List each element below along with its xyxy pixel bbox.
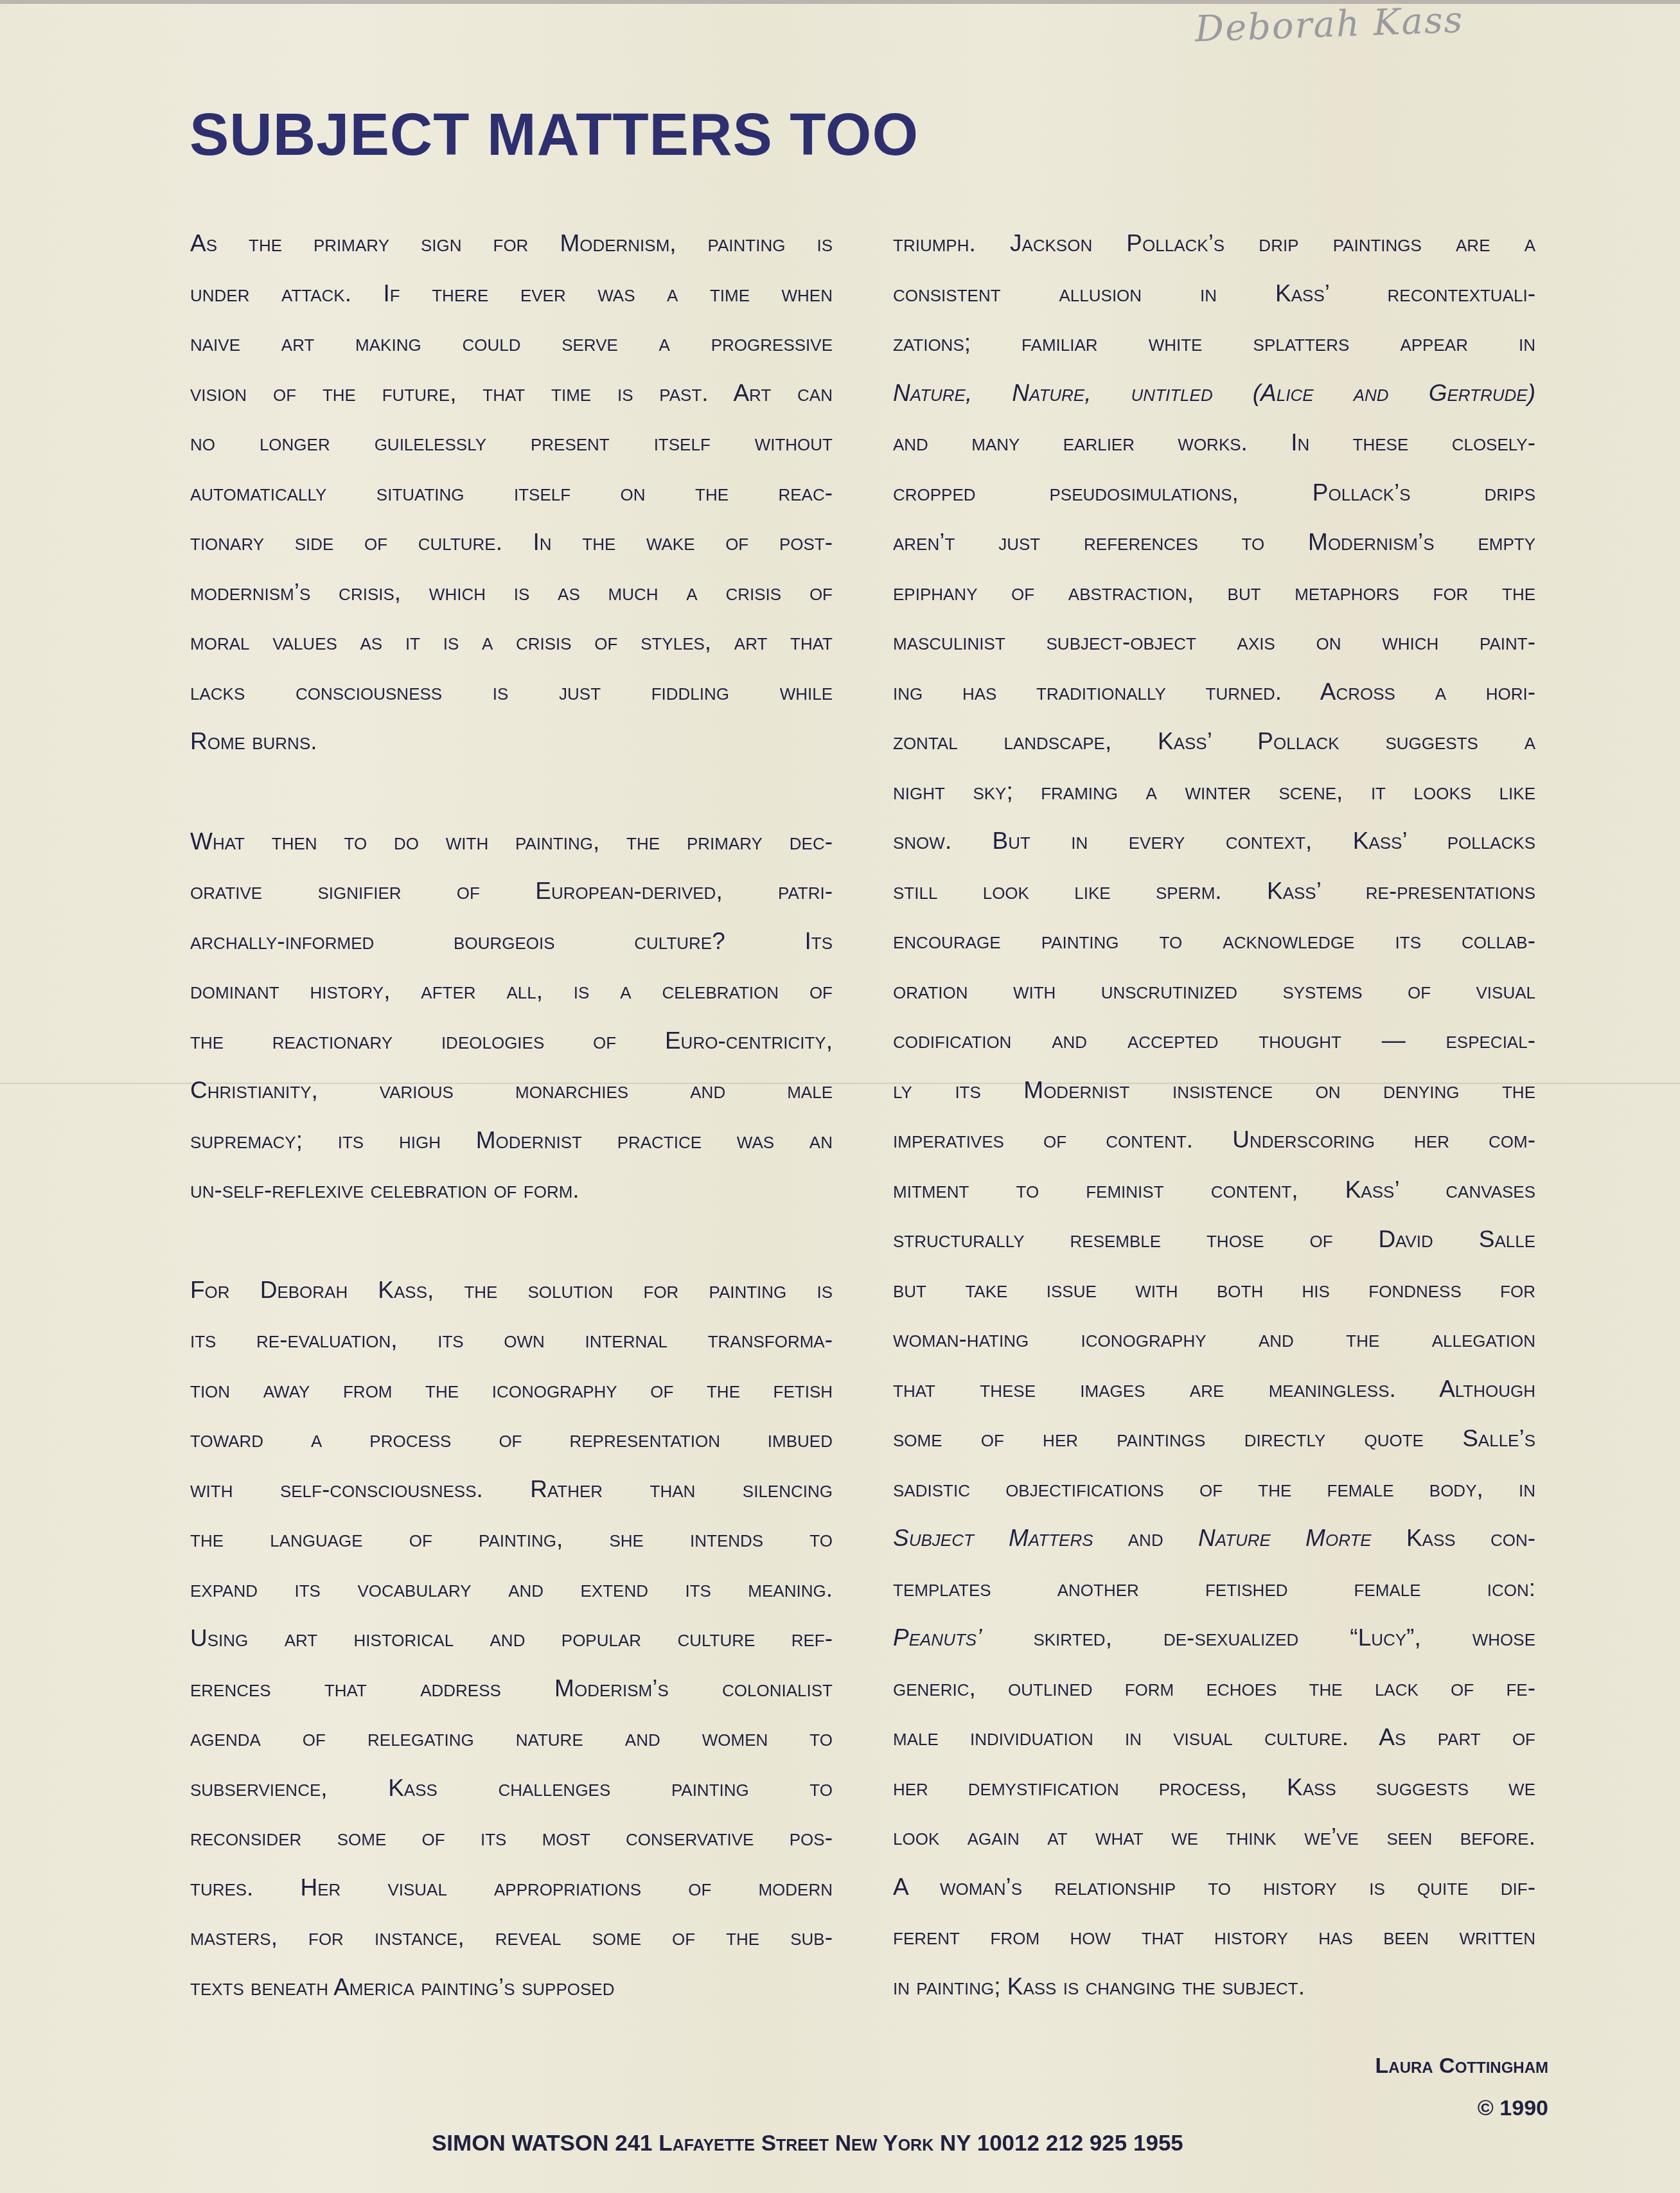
- text-line: templates another fetished female icon:: [893, 1563, 1535, 1613]
- copyright-notice: © 1990: [1478, 2096, 1548, 2121]
- text-line: consistent allusion in Kass’ recontextua…: [893, 269, 1535, 319]
- text-line: with self-consciousness. Rather than sil…: [190, 1464, 833, 1514]
- text-line: archally-informed bourgeois culture? Its: [190, 916, 833, 966]
- text-line: texts beneath America painting’s suppose…: [190, 1962, 833, 2012]
- text-line: toward a process of representation imbue…: [190, 1414, 833, 1464]
- text-line: For Deborah Kass, the solution for paint…: [190, 1265, 833, 1315]
- right-paragraph-1: triumph. Jackson Pollack’s drip painting…: [893, 218, 1535, 2011]
- text-line: expand its vocabulary and extend its mea…: [190, 1564, 833, 1614]
- text-line: night sky; framing a winter scene, it lo…: [893, 767, 1535, 817]
- text-line: its re-evaluation, its own internal tran…: [190, 1315, 833, 1365]
- text-line: modernism’s crisis, which is as much a c…: [190, 567, 833, 617]
- text-line: some of her paintings directly quote Sal…: [893, 1414, 1535, 1464]
- text-line: ly its Modernist insistence on denying t…: [893, 1065, 1535, 1115]
- text-line: but take issue with both his fondness fo…: [893, 1265, 1535, 1315]
- text-line: tures. Her visual appropriations of mode…: [190, 1863, 833, 1913]
- text-line: and many earlier works. In these closely…: [893, 418, 1535, 468]
- text-line: erences that address Moderism’s colonial…: [190, 1664, 833, 1714]
- text-line: tionary side of culture. In the wake of …: [190, 517, 833, 567]
- text-line: snow. But in every context, Kass’ pollac…: [893, 816, 1535, 866]
- handwritten-signature: Deborah Kass: [1194, 0, 1464, 50]
- text-line: As the primary sign for Modernism, paint…: [190, 218, 833, 269]
- text-line: masters, for instance, reveal some of th…: [190, 1912, 833, 1962]
- text-line: aren’t just references to Modernism’s em…: [893, 517, 1535, 567]
- text-line: oration with unscrutinized systems of vi…: [893, 966, 1535, 1016]
- text-line: vision of the future, that time is past.…: [190, 368, 833, 418]
- text-line: mitment to feminist content, Kass’ canva…: [893, 1165, 1535, 1215]
- text-line: that these images are meaningless. Altho…: [893, 1364, 1535, 1414]
- text-line: imperatives of content. Underscoring her…: [893, 1115, 1535, 1165]
- text-line: generic, outlined form echoes the lack o…: [893, 1663, 1535, 1713]
- page-title: SUBJECT MATTERS TOO: [190, 102, 919, 169]
- left-paragraph-2: What then to do with painting, the prima…: [190, 817, 833, 1215]
- text-line: ing has traditionally turned. Across a h…: [893, 667, 1535, 717]
- text-line: look again at what we think we’ve seen b…: [893, 1812, 1535, 1862]
- text-line: the reactionary ideologies of Euro-centr…: [190, 1016, 833, 1066]
- text-line: encourage painting to acknowledge its co…: [893, 916, 1535, 966]
- text-line: Nature, Nature, untitled (Alice and Gert…: [893, 368, 1535, 418]
- text-line: supremacy; its high Modernist practice w…: [190, 1115, 833, 1166]
- text-line: epiphany of abstraction, but metaphors f…: [893, 567, 1535, 617]
- text-line: in painting; Kass is changing the subjec…: [893, 1962, 1535, 2012]
- text-line: zations; familiar white splatters appear…: [893, 318, 1535, 368]
- text-line: structurally resemble those of David Sal…: [893, 1214, 1535, 1265]
- text-line: ferent from how that history has been wr…: [893, 1912, 1535, 1962]
- text-line: sadistic objectifications of the female …: [893, 1464, 1535, 1514]
- text-line: Using art historical and popular culture…: [190, 1613, 833, 1664]
- text-line: zontal landscape, Kass’ Pollack suggests…: [893, 716, 1535, 767]
- text-line: subservience, Kass challenges painting t…: [190, 1763, 833, 1813]
- text-line: automatically situating itself on the re…: [190, 468, 833, 518]
- text-line: codification and accepted thought — espe…: [893, 1015, 1535, 1065]
- text-line: lacks consciousness is just fiddling whi…: [190, 667, 833, 717]
- text-line: orative signifier of European-derived, p…: [190, 866, 833, 916]
- text-line: tion away from the iconography of the fe…: [190, 1365, 833, 1415]
- left-paragraph-1: As the primary sign for Modernism, paint…: [190, 218, 833, 767]
- left-paragraph-3: For Deborah Kass, the solution for paint…: [190, 1265, 833, 2012]
- text-line: Peanuts’ skirted, de-sexualized “Lucy”, …: [893, 1613, 1535, 1663]
- text-line: moral values as it is a crisis of styles…: [190, 617, 833, 667]
- text-line: Rome burns.: [190, 716, 833, 767]
- text-line: her demystification process, Kass sugges…: [893, 1762, 1535, 1813]
- text-line: reconsider some of its most conservative…: [190, 1813, 833, 1863]
- text-line: triumph. Jackson Pollack’s drip painting…: [893, 218, 1535, 269]
- text-line: male individuation in visual culture. As…: [893, 1712, 1535, 1762]
- right-column: triumph. Jackson Pollack’s drip painting…: [893, 218, 1535, 2061]
- text-line: no longer guilelessly present itself wit…: [190, 418, 833, 468]
- text-line: masculinist subject-object axis on which…: [893, 617, 1535, 667]
- text-line: woman-hating iconography and the allegat…: [893, 1314, 1535, 1364]
- text-line: cropped pseudosimulations, Pollack’s dri…: [893, 468, 1535, 518]
- text-line: still look like sperm. Kass’ re-presenta…: [893, 866, 1535, 916]
- text-line: dominant history, after all, is a celebr…: [190, 966, 833, 1016]
- text-line: What then to do with painting, the prima…: [190, 817, 833, 867]
- text-line: agenda of relegating nature and women to: [190, 1713, 833, 1763]
- left-column: As the primary sign for Modernism, paint…: [190, 218, 833, 2062]
- text-line: naive art making could serve a progressi…: [190, 318, 833, 368]
- text-line: A woman’s relationship to history is qui…: [893, 1862, 1535, 1912]
- text-line: Subject Matters and Nature Morte Kass co…: [893, 1513, 1535, 1563]
- text-line: un-self-reflexive celebration of form.: [190, 1165, 833, 1215]
- text-line: the language of painting, she intends to: [190, 1514, 833, 1564]
- text-line: under attack. If there ever was a time w…: [190, 269, 833, 319]
- author-byline: Laura Cottingham: [1375, 2054, 1548, 2079]
- text-line: Christianity, various monarchies and mal…: [190, 1065, 833, 1115]
- gallery-address-footer: SIMON WATSON 241 Lafayette Street New Yo…: [432, 2131, 1183, 2156]
